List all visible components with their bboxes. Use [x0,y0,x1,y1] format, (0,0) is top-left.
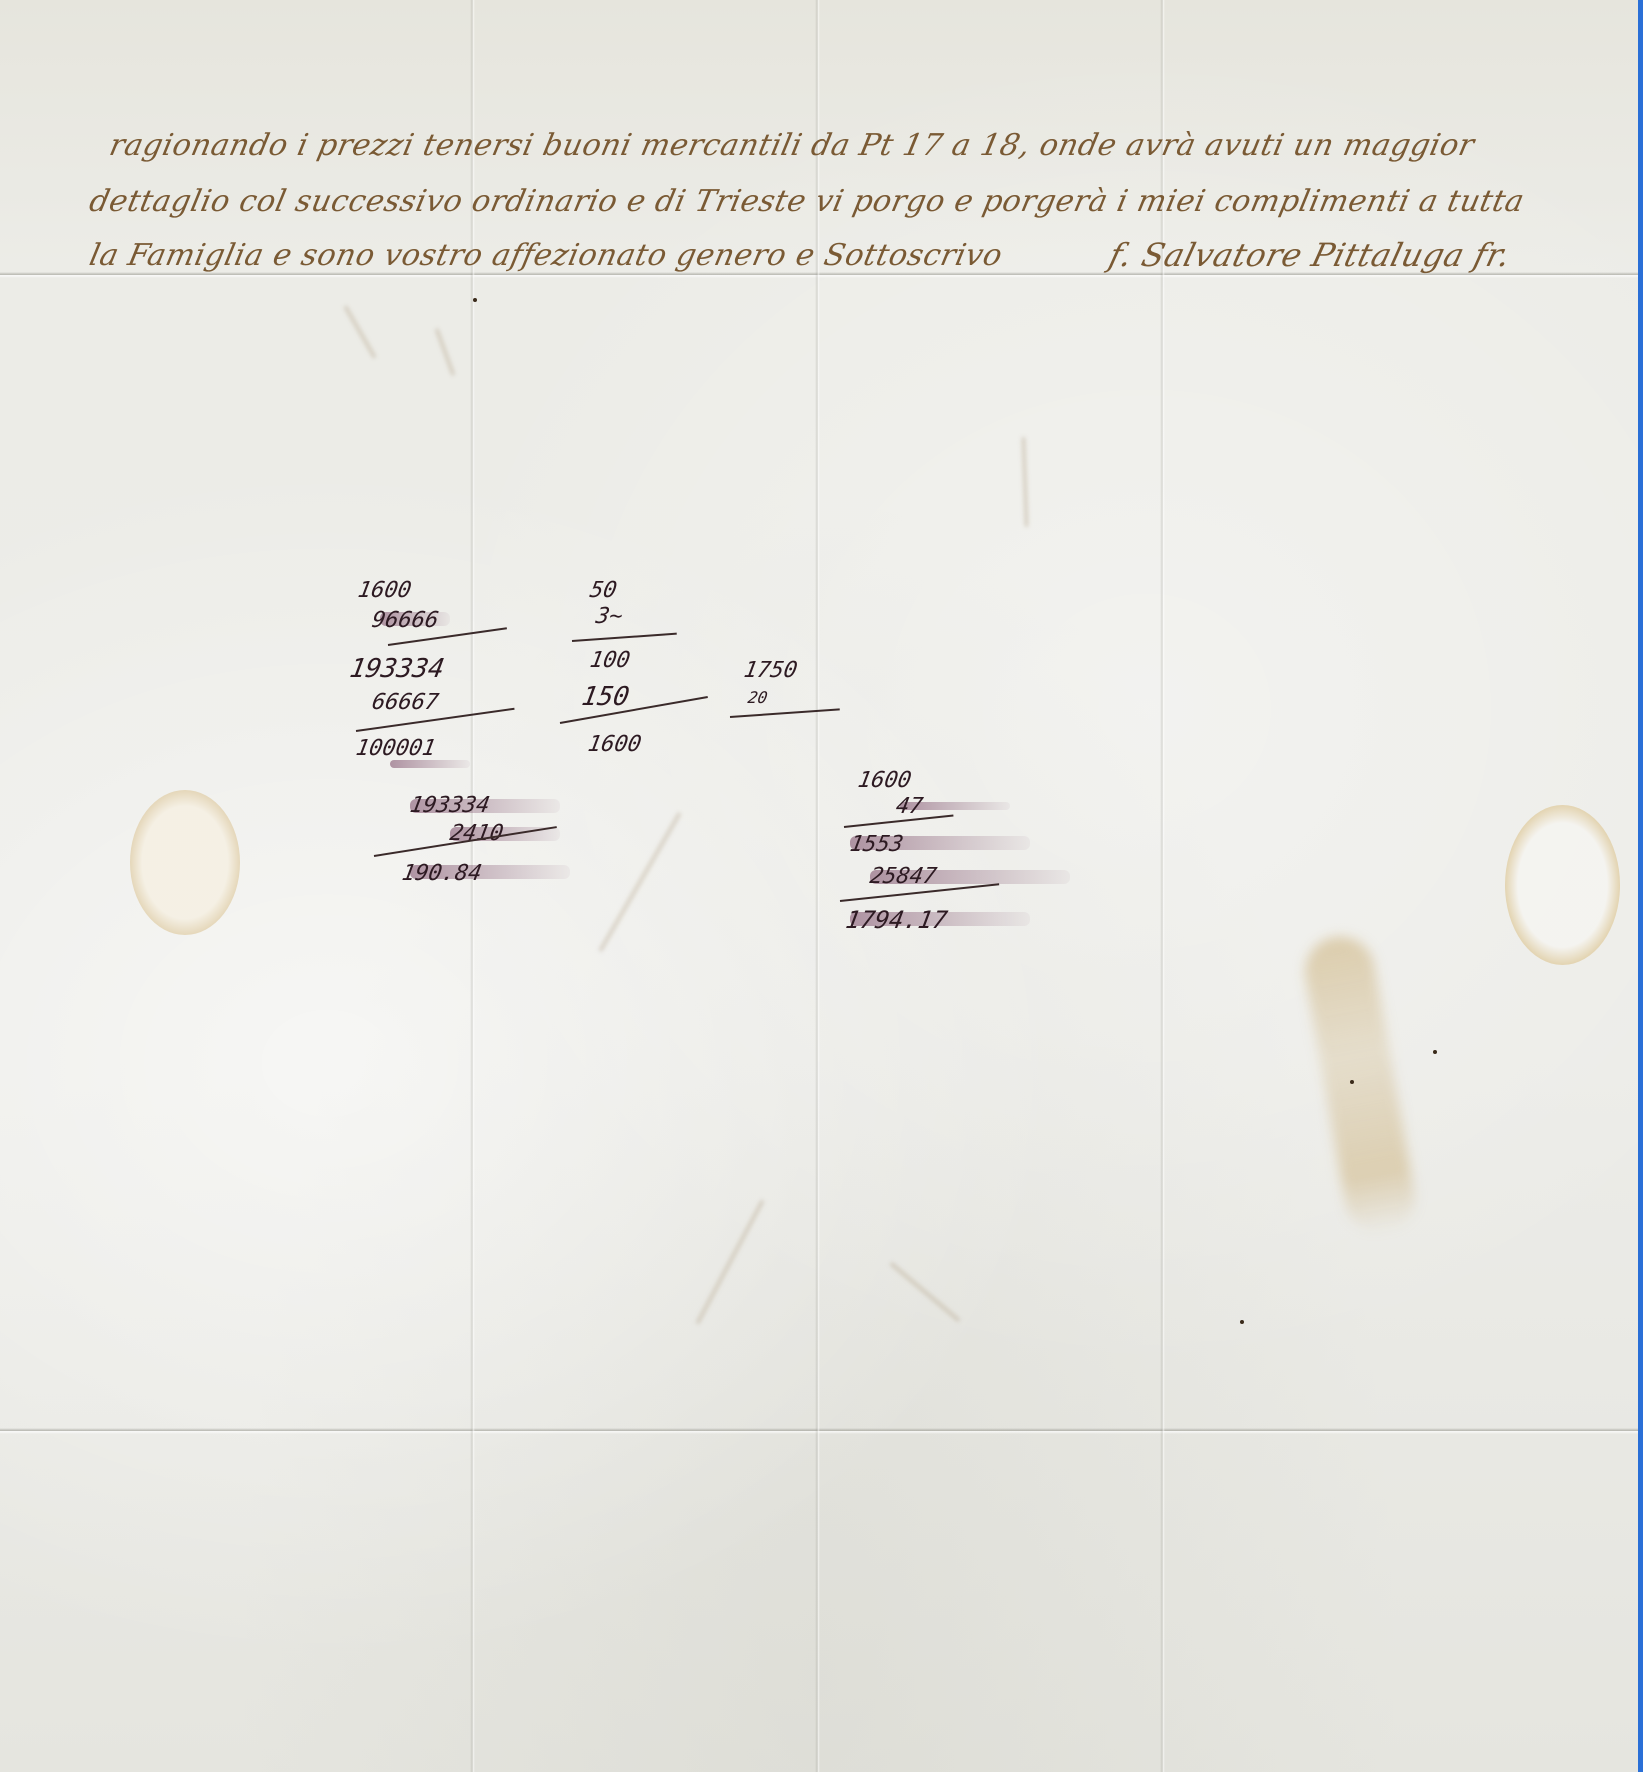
ghost-stroke [343,305,376,359]
calc-value: 1600 [356,580,413,602]
wax-seal-stain-left [130,790,240,935]
letter-page: ragionando i prezzi tenersi buoni mercan… [0,0,1638,1772]
paper-speck [473,298,477,302]
paper-speck [1433,1050,1437,1054]
calc-value: 1600 [586,734,643,756]
calc-value: 193334 [348,656,447,682]
ghost-stroke [889,1262,961,1323]
calc-value: 50 [588,580,618,602]
calc-value: 1600 [856,770,913,792]
paper-speck [1350,1080,1354,1084]
sum-line [730,708,840,718]
calc-value: 193334 [408,795,491,817]
calc-value: 3~ [594,606,624,628]
letter-line-2: dettaglio col successivo ordinario e di … [86,184,1527,219]
calc-value: 100 [588,650,632,672]
calc-value: 25847 [868,866,938,888]
postmark-stamp [1299,931,1420,1239]
signature: f. Salvatore Pittaluga fr. [1105,236,1514,274]
ink-smear [390,760,470,768]
paper-speck [1240,1320,1244,1324]
calc-value: 1750 [742,660,799,682]
letter-line-1: ragionando i prezzi tenersi buoni mercan… [106,128,1477,163]
fold-line-bottom [0,1428,1638,1434]
ghost-stroke [1021,437,1028,527]
ghost-stroke [695,1199,764,1324]
calc-value: 100001 [354,738,437,760]
calc-value: 47 [894,796,924,818]
scanner-background-edge [1638,0,1643,1772]
calc-value: 150 [580,684,632,710]
calc-value: 66667 [370,692,440,714]
calc-value: 1794.17 [844,908,949,932]
letter-line-3: la Famiglia e sono vostro affezionato ge… [86,238,1005,273]
calc-value: 190.84 [400,863,483,885]
calc-value: 20 [747,690,769,706]
ghost-stroke [598,812,681,953]
sum-line [572,633,677,642]
calc-value: 96666 [370,610,440,632]
calc-value: 1553 [848,834,905,856]
wax-seal-stain-right [1505,805,1620,965]
ghost-stroke [435,328,456,376]
